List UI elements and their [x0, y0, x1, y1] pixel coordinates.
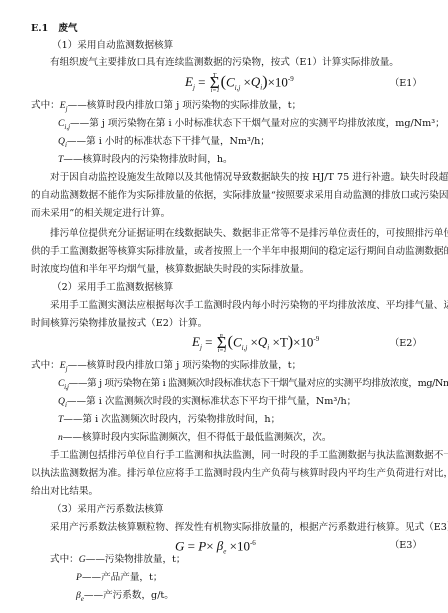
subsection-title-3: （3）采用产污系数法核算 [52, 503, 164, 516]
section-title: 废气 [58, 23, 77, 34]
formula-e1: Ej = ΣTi=1(Ci,j ×Qi)×10-9 [185, 71, 294, 96]
definition-row: 式中：Ej——核算时段内排放口第 j 项污染物的实际排放量，t； [31, 359, 301, 376]
definition-text: ——核算时段内的污染物排放时间，h。 [63, 154, 232, 165]
equation-number-e3: （E3） [390, 537, 422, 551]
definition-row: P——产品产量，t； [76, 571, 162, 584]
definition-row: 式中：Ej——核算时段内排放口第 j 项污染物的实际排放量，t； [31, 99, 301, 116]
definition-row: 式中：G——污染物排放量，t； [50, 553, 186, 566]
paragraph-line: 时浓度均值和半年平均烟气量，核算数据缺失时段的实际排放量。 [31, 263, 309, 276]
subsection-title-1: （1）采用自动监测数据核算 [52, 39, 173, 52]
definition-row: T——第 i 次监测频次时段内，污染物排放时间，h； [58, 413, 280, 426]
definition-text: ——第 i 次监测频次时段内，污染物排放时间，h； [63, 414, 280, 425]
equation-number-e1: （E1） [390, 75, 422, 89]
paragraph-line: 排污单位提供充分证据证明在线数据缺失、数据非正常等不是排污单位责任的，可按照排污… [50, 227, 448, 240]
definition-row: n——核算时段内实际监测频次，但不得低于最低监测频次，次。 [58, 431, 331, 444]
paragraph-line: 的自动监测数据不能作为实际排放量的依据，实际排放量“按照要求采用自动监测的排放口… [31, 189, 448, 202]
definition-row: Qi——第 i 小时的标准状态下干排气量，Nm³/h； [58, 135, 270, 152]
definition-text: ——第 j 项污染物在第 i 小时标准状态下干烟气量对应的实测平均排放浓度，mg… [70, 118, 445, 129]
formula-e3: G = P× βe ×10-6 [175, 535, 256, 560]
paragraph-intro-e1: 有组织废气主要排放口具有连续监测数据的污染物，按式（E1）计算实际排放量。 [50, 56, 399, 69]
section-number: E.1 [31, 23, 48, 34]
paragraph-intro-e3: 采用产污系数法核算颗粒物、挥发性有机物实际排放量的，根据产污系数进行核算。见式（… [50, 521, 448, 534]
paragraph-line: 对于因自动监控设施发生故障以及其他情况导致数据缺失的按 HJ/T 75 进行补遗… [50, 171, 448, 184]
definition-text: ——核算时段内实际监测频次，但不得低于最低监测频次，次。 [63, 432, 332, 443]
definition-row: T——核算时段内的污染物排放时间，h。 [58, 153, 233, 166]
definition-text: ——第 i 小时的标准状态下干排气量，Nm³/h； [67, 136, 270, 147]
definition-text: ——污染物排放量，t； [86, 554, 186, 565]
where-prefix: 式中： [31, 100, 60, 111]
paragraph-line: 供的手工监测数据等核算实际排放量，或者按照上一个半年申报期间的稳定运行期间自动监… [31, 245, 448, 258]
definition-text: ——产污系数，g/t。 [84, 590, 174, 601]
subsection-title-2: （2）采用手工监测数据核算 [52, 281, 173, 294]
definition-row: βe——产污系数，g/t。 [76, 589, 174, 606]
paragraph-line: 给出对比结果。 [31, 485, 98, 498]
paragraph-line: 而未采用”的相关规定进行计算。 [31, 207, 170, 220]
definition-text: ——核算时段内排放口第 j 项污染物的实际排放量，t； [68, 360, 302, 371]
definition-text: ——第 j 项污染物在第 i 监测频次时段标准状态下干烟气量对应的实测平均排放浓… [69, 378, 448, 389]
definition-row: Ci,j——第 j 项污染物在第 i 小时标准状态下干烟气量对应的实测平均排放浓… [58, 117, 445, 134]
equation-number-e2: （E2） [390, 335, 422, 349]
definition-text: ——产品产量，t； [82, 572, 163, 583]
paragraph-line: 时间核算污染物排放量按式（E2）计算。 [31, 317, 207, 330]
definition-row: Qi——第 i 次监测频次时段的实测标准状态下平均干排气量，Nm³/h； [58, 395, 356, 412]
where-prefix: 式中： [31, 360, 60, 371]
formula-e2: Ej = Σni=1(Ci,j ×Qi ×T)×10-9 [192, 331, 319, 356]
definition-text: ——核算时段内排放口第 j 项污染物的实际排放量，t； [68, 100, 302, 111]
definition-text: ——第 i 次监测频次时段的实测标准状态下平均干排气量，Nm³/h； [67, 396, 356, 407]
where-prefix: 式中： [50, 554, 79, 565]
paragraph-line: 采用手工监测实测法应根据每次手工监测时段内每小时污染物的平均排放浓度、平均排气量… [50, 299, 448, 312]
definition-row: Ci,j——第 j 项污染物在第 i 监测频次时段标准状态下干烟气量对应的实测平… [58, 377, 448, 394]
section-heading-e1: E.1废气 [31, 22, 78, 35]
paragraph-line: 以执法监测数据为准。排污单位应将手工监测时段内生产负荷与核算时段内平均生产负荷进… [31, 467, 448, 480]
paragraph-line: 手工监测包括排污单位自行手工监测和执法监测，同一时段的手工监测数据与执法监测数据… [50, 449, 448, 462]
